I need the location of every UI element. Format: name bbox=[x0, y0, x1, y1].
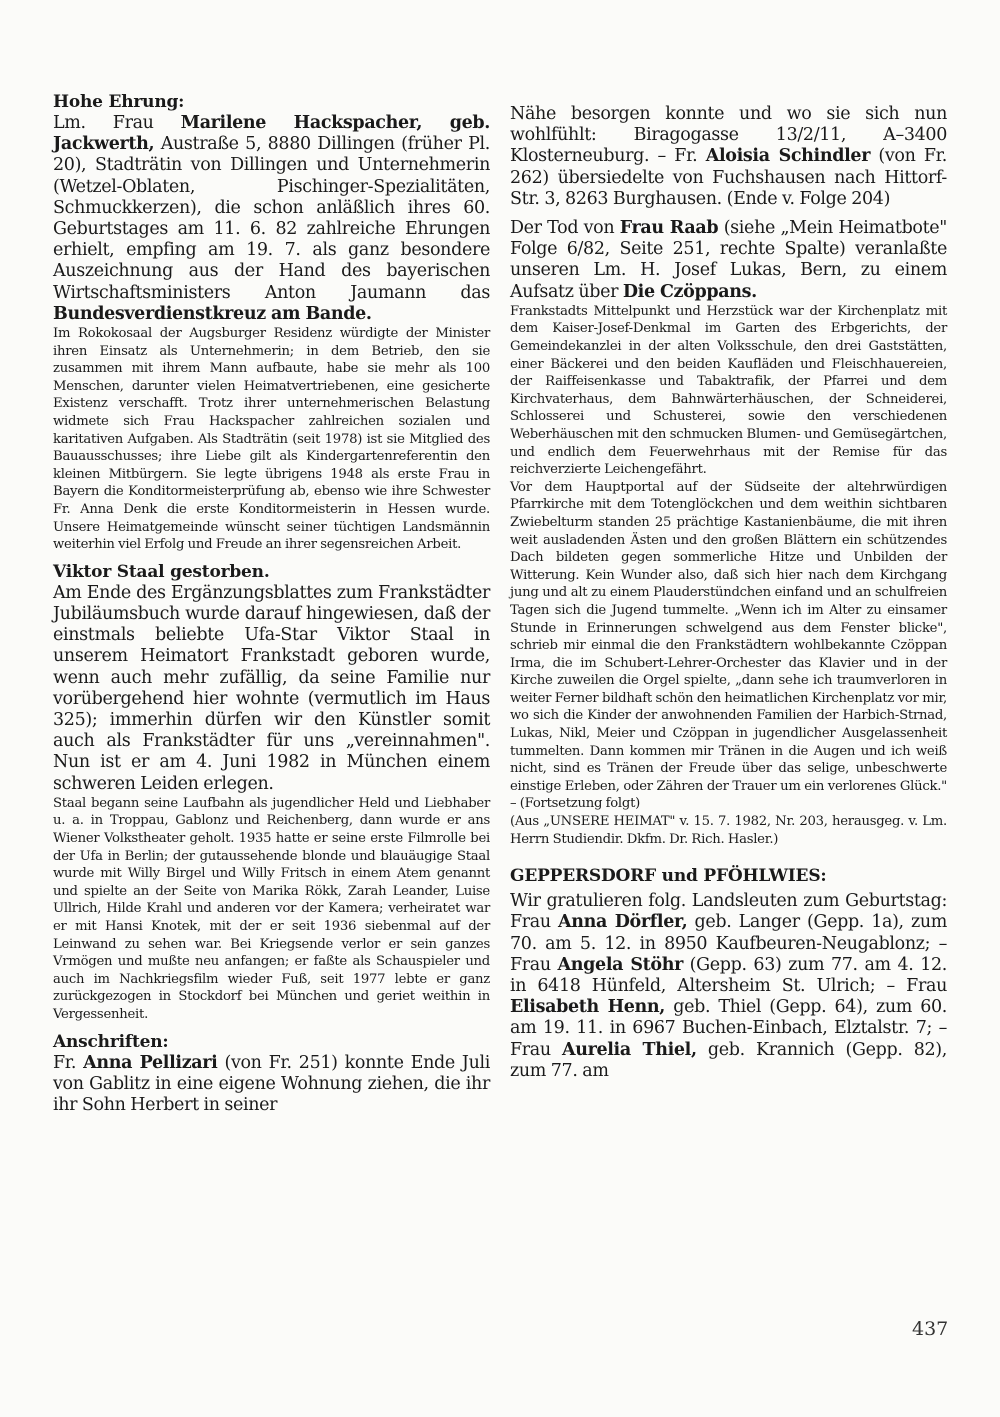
heading-hohe-ehrung: Hohe Ehrung: bbox=[53, 92, 490, 113]
name-bold: Elisabeth Henn, bbox=[510, 997, 665, 1017]
text: Fr. bbox=[53, 1053, 83, 1073]
paragraph-raab-intro: Der Tod von Frau Raab (siehe „Mein Heima… bbox=[510, 218, 947, 303]
section-geppersdorf: GEPPERSDORF und PFÖHLWIES: Wir gratulier… bbox=[510, 866, 947, 1082]
paragraph-hackspacher-details: Im Rokokosaal der Augsburger Residenz wü… bbox=[53, 325, 490, 554]
text: Lm. Frau bbox=[53, 113, 181, 133]
paragraph-schindler: Nähe besorgen konnte und wo sie sich nun… bbox=[510, 104, 947, 210]
title-bold: Die Czöppans. bbox=[623, 282, 757, 302]
section-anschriften: Anschriften: Fr. Anna Pellizari (von Fr.… bbox=[53, 1032, 490, 1117]
paragraph-hackspacher-intro: Lm. Frau Marilene Hackspacher, geb. Jack… bbox=[53, 113, 490, 325]
text: Der Tod von bbox=[510, 218, 620, 238]
name-bold: Anna Pellizari bbox=[83, 1053, 217, 1073]
section-czoeppans: Der Tod von Frau Raab (siehe „Mein Heima… bbox=[510, 218, 947, 848]
paragraph-pellizari: Fr. Anna Pellizari (von Fr. 251) konnte … bbox=[53, 1053, 490, 1117]
name-bold: Aurelia Thiel, bbox=[562, 1040, 697, 1060]
text: Austraße 5, 8880 Dillingen (früher Pl. 2… bbox=[53, 134, 490, 302]
award-bold: Bundesverdienstkreuz am Bande. bbox=[53, 304, 372, 324]
heading-viktor-staal: Viktor Staal gestorben. bbox=[53, 562, 490, 583]
paragraph-hauptportal: Vor dem Hauptportal auf der Südseite der… bbox=[510, 479, 947, 813]
right-column: Nähe besorgen konnte und wo sie sich nun… bbox=[510, 104, 947, 1082]
paragraph-staal-intro: Am Ende des Ergänzungsblattes zum Franks… bbox=[53, 583, 490, 795]
left-column: Hohe Ehrung: Lm. Frau Marilene Hackspach… bbox=[53, 92, 490, 1116]
paragraph-staal-career: Staal begann seine Laufbahn als jugendli… bbox=[53, 795, 490, 1024]
section-hohe-ehrung: Hohe Ehrung: Lm. Frau Marilene Hackspach… bbox=[53, 92, 490, 554]
section-viktor-staal: Viktor Staal gestorben. Am Ende des Ergä… bbox=[53, 562, 490, 1024]
name-bold: Angela Stöhr bbox=[558, 955, 683, 975]
heading-geppersdorf: GEPPERSDORF und PFÖHLWIES: bbox=[510, 866, 947, 887]
section-anschriften-continued: Nähe besorgen konnte und wo sie sich nun… bbox=[510, 104, 947, 210]
paragraph-birthdays: Wir gratulieren folg. Landsleuten zum Ge… bbox=[510, 891, 947, 1082]
name-bold: Frau Raab bbox=[620, 218, 718, 238]
name-bold: Anna Dörfler, bbox=[558, 912, 687, 932]
paragraph-source: (Aus „UNSERE HEIMAT" v. 15. 7. 1982, Nr.… bbox=[510, 813, 947, 848]
paragraph-kirchenplatz: Frankstadts Mittelpunkt und Herzstück wa… bbox=[510, 303, 947, 479]
heading-anschriften: Anschriften: bbox=[53, 1032, 490, 1053]
name-bold: Aloisia Schindler bbox=[706, 146, 870, 166]
page-number: 437 bbox=[912, 1318, 948, 1340]
